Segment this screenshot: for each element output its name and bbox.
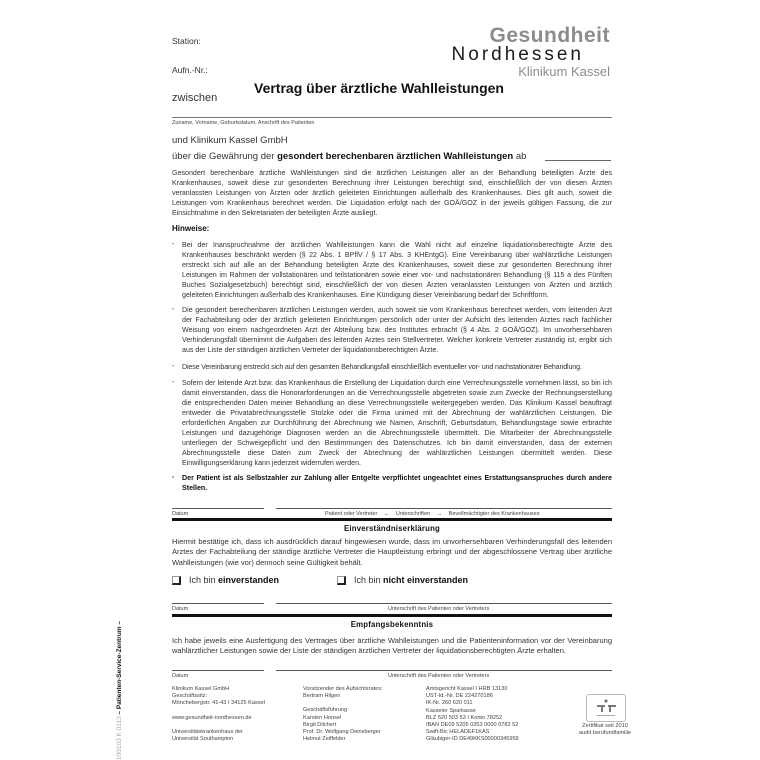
- gewaehrung-prefix: über die Gewährung der: [172, 151, 277, 162]
- aufnahme-nr-label: Aufn.-Nr.:: [172, 65, 208, 75]
- signature-caption-3: Unterschrift des Patienten oder Vertrete…: [388, 673, 489, 679]
- date-line-2[interactable]: [172, 603, 264, 604]
- signature-line-2[interactable]: [276, 603, 612, 604]
- checkbox-nicht-einverstanden[interactable]: [337, 576, 346, 585]
- arrow-right-icon: →: [437, 511, 443, 517]
- date-line-1[interactable]: [172, 508, 264, 509]
- gewaehrung-line: über die Gewährung der gesondert bereche…: [172, 151, 526, 162]
- option-einverstanden[interactable]: Ich bin einverstanden: [172, 575, 279, 585]
- document-title: Vertrag über ärztliche Wahlleistungen: [254, 80, 504, 96]
- section-divider-2: [172, 614, 612, 617]
- datum-caption-2: Datum: [172, 606, 188, 612]
- signature-line-3[interactable]: [276, 670, 612, 671]
- gewaehrung-suffix: ab: [513, 151, 526, 162]
- empfang-text: Ich habe jeweils eine Ausfertigung des V…: [172, 636, 612, 657]
- start-date-field[interactable]: [545, 160, 611, 161]
- hinweis-item: - Sofern der leitende Arzt bzw. das Kran…: [172, 378, 612, 468]
- certificate-icon: [587, 695, 625, 721]
- hinweise-heading: Hinweise:: [172, 224, 209, 233]
- gewaehrung-bold: gesondert berechenbaren ärztlichen Wahll…: [277, 151, 513, 162]
- station-label: Station:: [172, 36, 201, 46]
- option-nicht-einverstanden[interactable]: Ich bin nicht einverstanden: [337, 575, 468, 585]
- logo-line-2: Nordhessen: [452, 44, 584, 66]
- signature-caption-2: Unterschrift des Patienten oder Vertrete…: [388, 606, 489, 612]
- hospital-logo: Gesundheit Nordhessen Klinikum Kassel: [452, 24, 610, 79]
- footer-management: Vorsitzender des Aufsichtsrates: Bertram…: [303, 686, 413, 743]
- certificate-caption: Zertifikat seit 2010 audit berufundfamil…: [574, 723, 636, 737]
- hinweis-item: - Bei der Inanspruchnahme der ärztlichen…: [172, 240, 612, 300]
- signature-line-1[interactable]: [276, 508, 612, 509]
- audit-certificate-logo: [586, 694, 626, 722]
- signature-caption-1: Patient oder Vertreter ← Unterschriften …: [325, 511, 539, 517]
- date-line-3[interactable]: [172, 670, 264, 671]
- datum-caption-3: Datum: [172, 673, 188, 679]
- form-code: 100103 K 0113: [116, 716, 123, 760]
- department-name: – Patienten-Service-Zentrum –: [116, 621, 123, 715]
- party-line: und Klinikum Kassel GmbH: [172, 135, 288, 146]
- empfang-heading: Empfangsbekenntnis: [172, 620, 612, 629]
- patient-field-caption: Zuname, Vorname, Geburtsdatum, Anschrift…: [172, 120, 314, 126]
- website-link[interactable]: www.gesundheit-nordhessen.de: [172, 715, 292, 722]
- checkbox-einverstanden[interactable]: [172, 576, 181, 585]
- hinweis-item: - Diese Vereinbarung erstreckt sich auf …: [172, 362, 612, 372]
- arrow-left-icon: ←: [384, 511, 390, 517]
- footer-registration: Amtsgericht Kassel I HRB 13130 UST-Id.-N…: [426, 686, 556, 744]
- side-department-label: 100103 K 0113 – Patienten-Service-Zentru…: [116, 621, 123, 760]
- logo-line-3: Klinikum Kassel: [452, 64, 610, 79]
- hinweis-item: - Die gesondert berechenbaren ärztlichen…: [172, 305, 612, 355]
- footer-company: Klinikum Kassel GmbH Geschäftssitz: Mönc…: [172, 686, 292, 743]
- patient-field-line[interactable]: [172, 117, 612, 118]
- intro-paragraph: Gesondert berechenbare ärztliche Wahllei…: [172, 168, 612, 218]
- section-divider-1: [172, 518, 612, 521]
- einverstaendnis-heading: Einverständniserklärung: [172, 524, 612, 533]
- hinweis-item-bold: - Der Patient ist als Selbstzahler zur Z…: [172, 473, 612, 493]
- contract-page: Station: Aufn.-Nr.: Gesundheit Nordhesse…: [0, 0, 760, 760]
- einverstaendnis-text: Hiermit bestätige ich, dass ich ausdrück…: [172, 537, 612, 568]
- zwischen-label: zwischen: [172, 92, 217, 104]
- datum-caption-1: Datum: [172, 511, 188, 517]
